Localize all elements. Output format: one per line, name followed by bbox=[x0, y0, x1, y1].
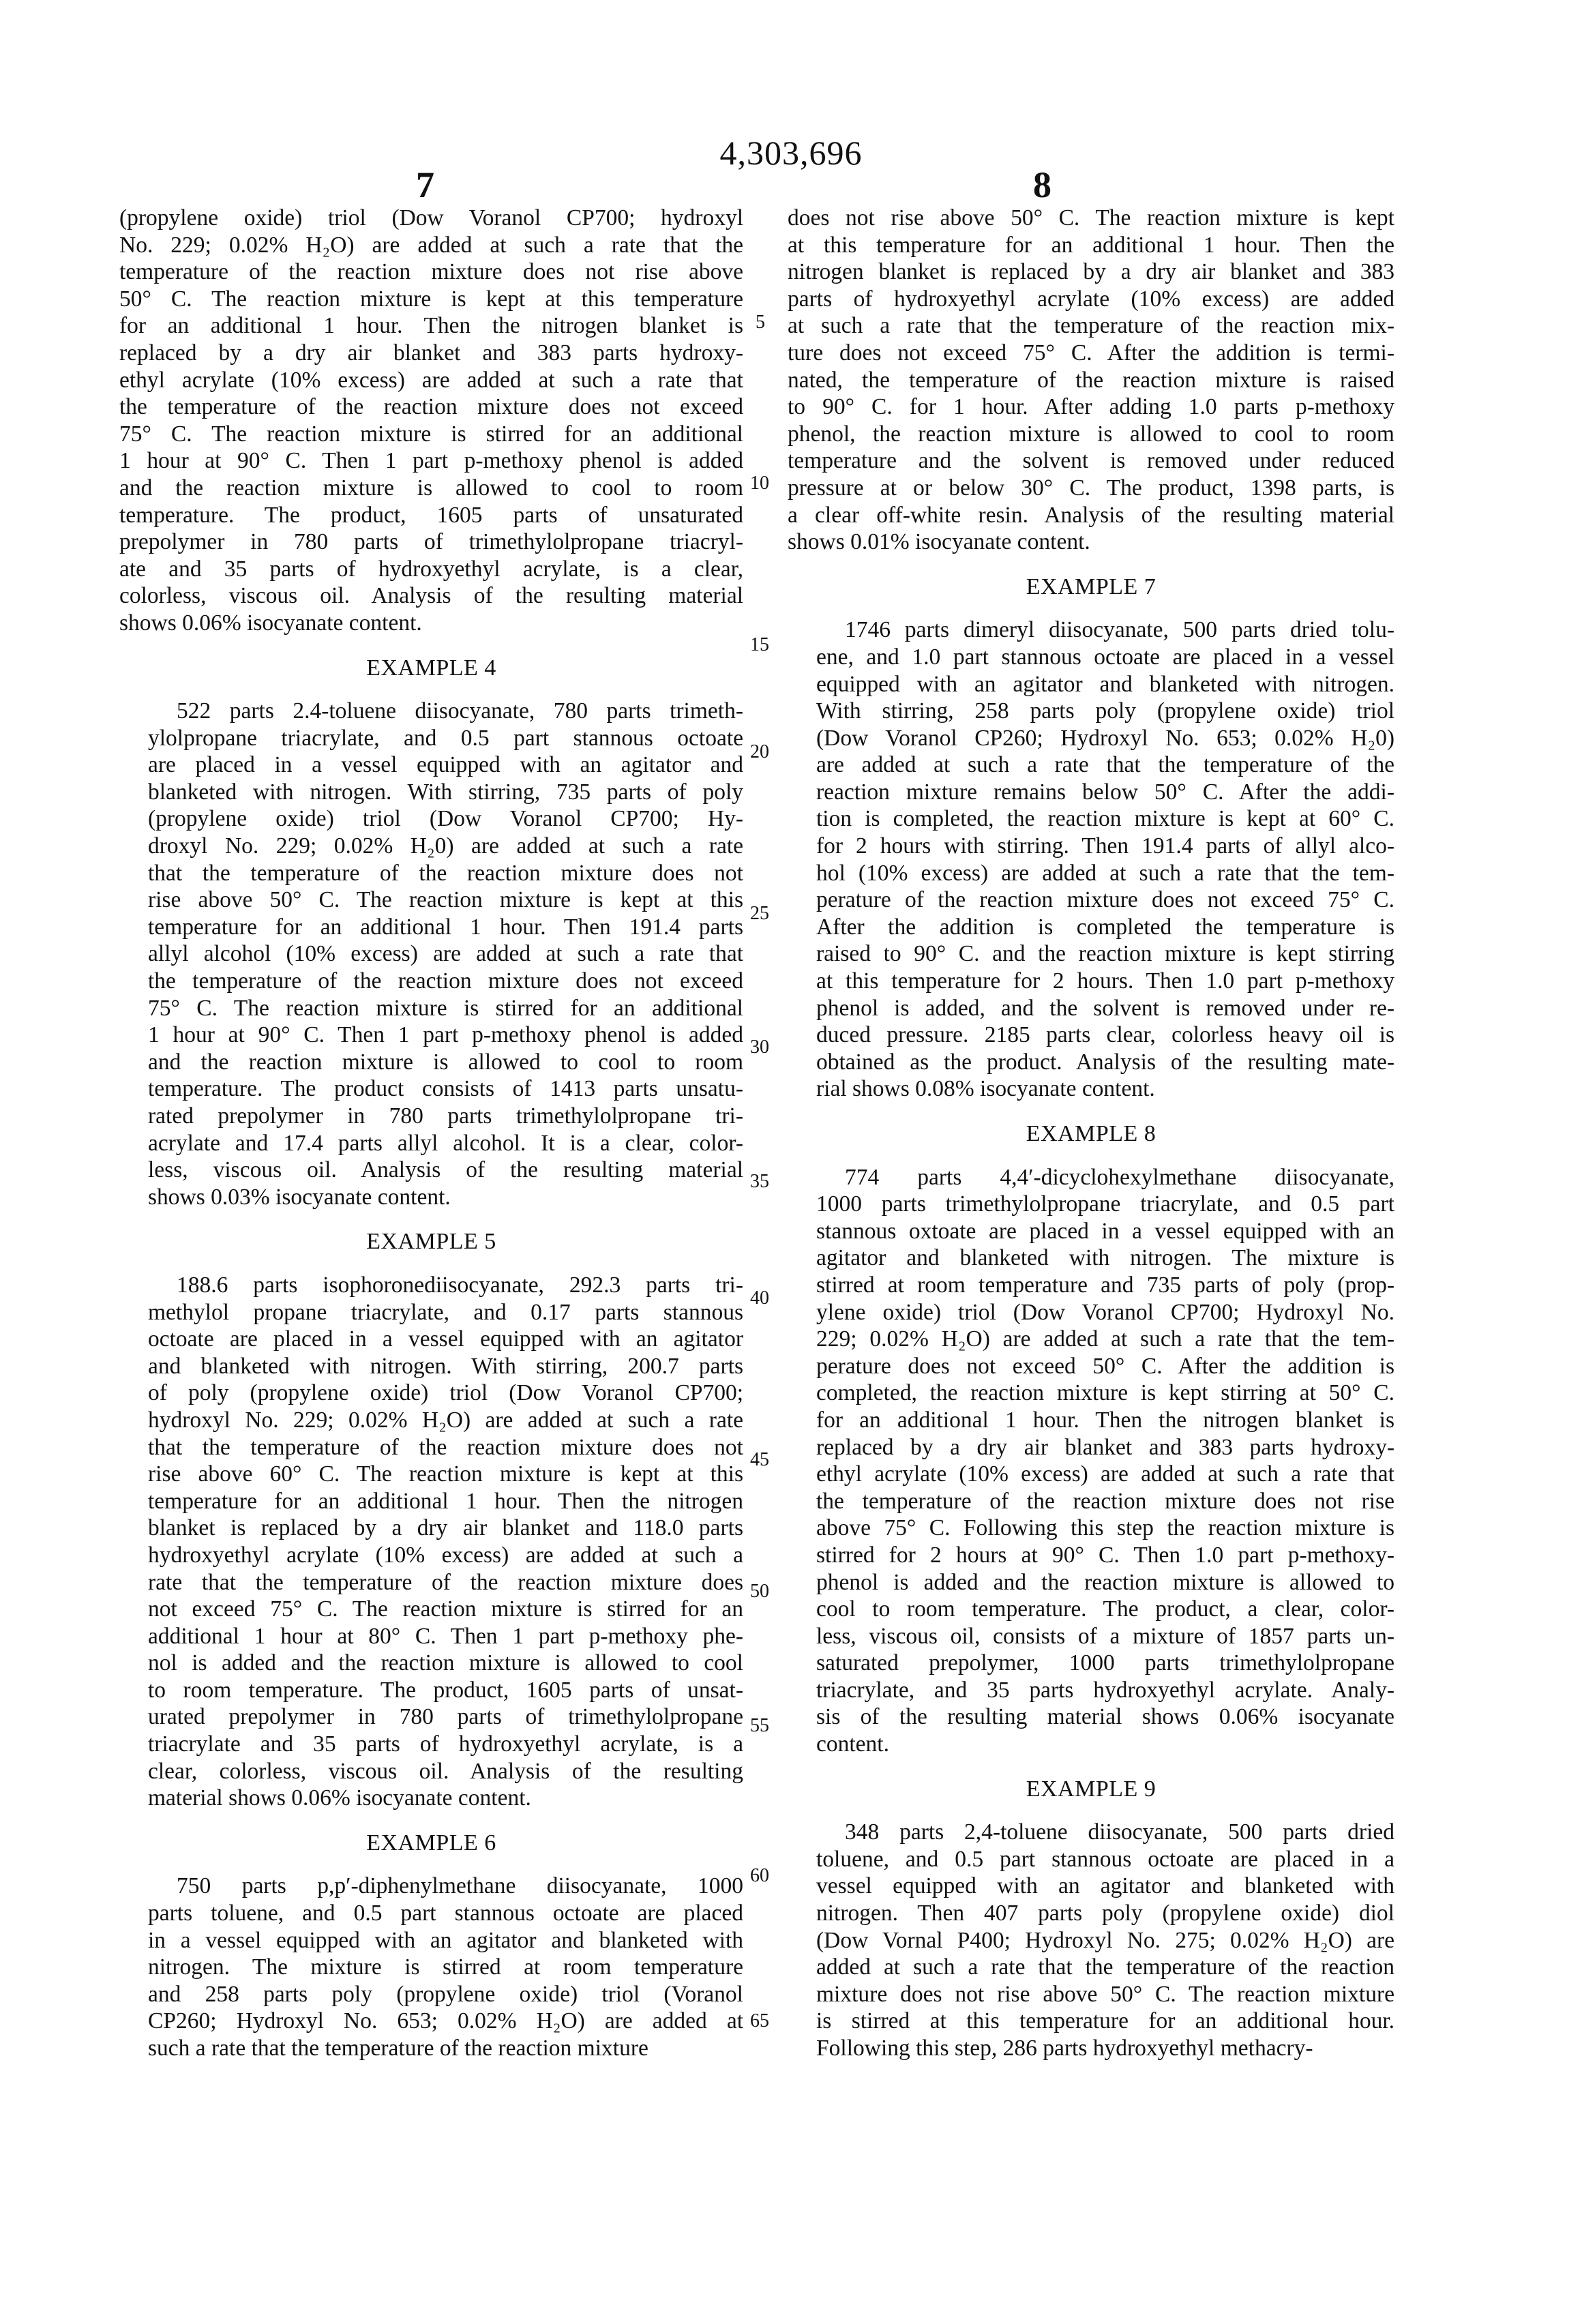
text-line: and blanketed with nitrogen. With stirri… bbox=[119, 1353, 743, 1380]
text-line: vessel equipped with an agitator and bla… bbox=[788, 1873, 1394, 1900]
text-line: toluene, and 0.5 part stannous octoate a… bbox=[788, 1846, 1394, 1873]
text-line: ene, and 1.0 part stannous octoate are p… bbox=[788, 644, 1394, 671]
text-line: ylene oxide) triol (Dow Voranol CP700; H… bbox=[788, 1299, 1394, 1326]
text-line: raised to 90° C. and the reaction mixtur… bbox=[788, 940, 1394, 968]
text-line: at this temperature for 2 hours. Then 1.… bbox=[788, 968, 1394, 995]
text-line: of poly (propylene oxide) triol (Dow Vor… bbox=[119, 1380, 743, 1407]
gutter-line-number: 35 bbox=[750, 1171, 769, 1193]
text-line: colorless, viscous oil. Analysis of the … bbox=[119, 582, 743, 610]
text-line: for 2 hours with stirring. Then 191.4 pa… bbox=[788, 833, 1394, 860]
text-line: 1000 parts trimethylolpropane triacrylat… bbox=[788, 1191, 1394, 1218]
text-line: that the temperature of the reaction mix… bbox=[119, 860, 743, 887]
text-line: blanket is replaced by a dry air blanket… bbox=[119, 1515, 743, 1542]
text-line: (propylene oxide) triol (Dow Voranol CP7… bbox=[119, 805, 743, 833]
text-line: ylolpropane triacrylate, and 0.5 part st… bbox=[119, 725, 743, 752]
text-line: After the addition is completed the temp… bbox=[788, 914, 1394, 941]
text-line: and the reaction mixture is allowed to c… bbox=[119, 475, 743, 502]
text-line: completed, the reaction mixture is kept … bbox=[788, 1380, 1394, 1407]
example-heading: EXAMPLE 5 bbox=[119, 1228, 743, 1255]
text-line: blanketed with nitrogen. With stirring, … bbox=[119, 779, 743, 806]
text-line: stirred at room temperature and 735 part… bbox=[788, 1272, 1394, 1299]
text-line: tion is completed, the reaction mixture … bbox=[788, 805, 1394, 833]
text-line: rial shows 0.08% isocyanate content. bbox=[788, 1075, 1394, 1103]
text-line: above 75° C. Following this step the rea… bbox=[788, 1515, 1394, 1542]
paragraph: 522 parts 2.4-toluene diisocyanate, 780 … bbox=[119, 698, 743, 1210]
text-line: stirred for 2 hours at 90° C. Then 1.0 p… bbox=[788, 1542, 1394, 1569]
text-line: temperature for an additional 1 hour. Th… bbox=[119, 914, 743, 941]
gutter-line-number: 60 bbox=[750, 1865, 769, 1887]
text-line: to room temperature. The product, 1605 p… bbox=[119, 1677, 743, 1704]
text-line: hydroxyethyl acrylate (10% excess) are a… bbox=[119, 1542, 743, 1569]
text-line: 188.6 parts isophoronediisocyanate, 292.… bbox=[119, 1272, 743, 1299]
text-line: temperature. The product consists of 141… bbox=[119, 1075, 743, 1103]
text-line: obtained as the product. Analysis of the… bbox=[788, 1049, 1394, 1076]
text-line: are added at such a rate that the temper… bbox=[788, 751, 1394, 779]
gutter-line-number: 15 bbox=[750, 634, 769, 656]
page-number-left: 7 bbox=[416, 164, 434, 206]
example-heading: EXAMPLE 6 bbox=[119, 1830, 743, 1857]
text-line: phenol, the reaction mixture is allowed … bbox=[788, 421, 1394, 448]
gutter-line-number: 65 bbox=[750, 2010, 769, 2032]
text-line: the temperature of the reaction mixture … bbox=[788, 1488, 1394, 1515]
text-line: nitrogen. The mixture is stirred at room… bbox=[119, 1954, 743, 1981]
text-line: duced pressure. 2185 parts clear, colorl… bbox=[788, 1022, 1394, 1049]
gutter-line-number: 55 bbox=[750, 1715, 769, 1737]
text-line: urated prepolymer in 780 parts of trimet… bbox=[119, 1703, 743, 1731]
text-line: 522 parts 2.4-toluene diisocyanate, 780 … bbox=[119, 698, 743, 725]
text-line: ethyl acrylate (10% excess) are added at… bbox=[119, 367, 743, 394]
text-line: 1 hour at 90° C. Then 1 part p-methoxy p… bbox=[119, 447, 743, 475]
text-line: less, viscous oil, consists of a mixture… bbox=[788, 1623, 1394, 1650]
text-line: 75° C. The reaction mixture is stirred f… bbox=[119, 995, 743, 1022]
text-line: (Dow Voranol CP260; Hydroxyl No. 653; 0.… bbox=[788, 725, 1394, 752]
paragraph: 348 parts 2,4-toluene diisocyanate, 500 … bbox=[788, 1819, 1394, 2061]
text-line: temperature and the solvent is removed u… bbox=[788, 447, 1394, 475]
text-line: temperature for an additional 1 hour. Th… bbox=[119, 1488, 743, 1515]
text-line: content. bbox=[788, 1731, 1394, 1758]
paragraph: 750 parts p,p′-diphenylmethane diisocyan… bbox=[119, 1873, 743, 2061]
gutter-line-number: 20 bbox=[750, 741, 769, 763]
text-line: and the reaction mixture is allowed to c… bbox=[119, 1049, 743, 1076]
text-line: and 258 parts poly (propylene oxide) tri… bbox=[119, 1981, 743, 2008]
paragraph: (propylene oxide) triol (Dow Voranol CP7… bbox=[119, 205, 743, 637]
text-line: temperature of the reaction mixture does… bbox=[119, 258, 743, 286]
paragraph: 1746 parts dimeryl diisocyanate, 500 par… bbox=[788, 616, 1394, 1103]
text-line: prepolymer in 780 parts of trimethylolpr… bbox=[119, 528, 743, 556]
text-line: 75° C. The reaction mixture is stirred f… bbox=[119, 421, 743, 448]
text-line: rise above 60° C. The reaction mixture i… bbox=[119, 1461, 743, 1488]
text-line: clear, colorless, viscous oil. Analysis … bbox=[119, 1758, 743, 1785]
example-heading: EXAMPLE 8 bbox=[788, 1120, 1394, 1148]
text-line: perature of the reaction mixture does no… bbox=[788, 887, 1394, 914]
text-line: hol (10% excess) are added at such a rat… bbox=[788, 860, 1394, 887]
paragraph: 188.6 parts isophoronediisocyanate, 292.… bbox=[119, 1272, 743, 1812]
text-line: perature does not exceed 50° C. After th… bbox=[788, 1353, 1394, 1380]
text-line: (propylene oxide) triol (Dow Voranol CP7… bbox=[119, 205, 743, 232]
text-line: shows 0.03% isocyanate content. bbox=[119, 1184, 743, 1211]
text-line: allyl alcohol (10% excess) are added at … bbox=[119, 940, 743, 968]
text-line: saturated prepolymer, 1000 parts trimeth… bbox=[788, 1650, 1394, 1677]
text-line: methylol propane triacrylate, and 0.17 p… bbox=[119, 1299, 743, 1326]
text-line: droxyl No. 229; 0.02% H₂0) are added at … bbox=[119, 833, 743, 860]
text-line: pressure at or below 30° C. The product,… bbox=[788, 475, 1394, 502]
text-line: not exceed 75° C. The reaction mixture i… bbox=[119, 1596, 743, 1623]
text-line: nitrogen. Then 407 parts poly (propylene… bbox=[788, 1900, 1394, 1927]
example-heading: EXAMPLE 7 bbox=[788, 573, 1394, 601]
text-line: less, viscous oil. Analysis of the resul… bbox=[119, 1157, 743, 1184]
text-line: phenol is added, and the solvent is remo… bbox=[788, 995, 1394, 1022]
text-line: shows 0.06% isocyanate content. bbox=[119, 610, 743, 637]
text-line: is stirred at this temperature for an ad… bbox=[788, 2008, 1394, 2035]
text-line: shows 0.01% isocyanate content. bbox=[788, 528, 1394, 556]
text-line: octoate are placed in a vessel equipped … bbox=[119, 1326, 743, 1353]
patent-number: 4,303,696 bbox=[0, 133, 1582, 173]
text-line: 348 parts 2,4-toluene diisocyanate, 500 … bbox=[788, 1819, 1394, 1846]
example-heading: EXAMPLE 4 bbox=[119, 655, 743, 682]
left-column: (propylene oxide) triol (Dow Voranol CP7… bbox=[119, 205, 743, 2062]
gutter-line-number: 50 bbox=[750, 1581, 769, 1603]
gutter-line-number: 25 bbox=[750, 903, 769, 925]
text-line: a clear off-white resin. Analysis of the… bbox=[788, 502, 1394, 529]
text-line: With stirring, 258 parts poly (propylene… bbox=[788, 698, 1394, 725]
paragraph: does not rise above 50° C. The reaction … bbox=[788, 205, 1394, 556]
text-line: to 90° C. for 1 hour. After adding 1.0 p… bbox=[788, 393, 1394, 421]
text-line: acrylate and 17.4 parts allyl alcohol. I… bbox=[119, 1130, 743, 1157]
text-line: 229; 0.02% H₂O) are added at such a rate… bbox=[788, 1326, 1394, 1353]
text-line: mixture does not rise above 50° C. The r… bbox=[788, 1981, 1394, 2008]
text-line: material shows 0.06% isocyanate content. bbox=[119, 1785, 743, 1812]
text-line: rated prepolymer in 780 parts trimethylo… bbox=[119, 1103, 743, 1130]
text-line: ture does not exceed 75° C. After the ad… bbox=[788, 340, 1394, 367]
text-line: Following this step, 286 parts hydroxyet… bbox=[788, 2035, 1394, 2062]
text-line: sis of the resulting material shows 0.06… bbox=[788, 1703, 1394, 1731]
text-line: equipped with an agitator and blanketed … bbox=[788, 671, 1394, 698]
text-line: parts of hydroxyethyl acrylate (10% exce… bbox=[788, 286, 1394, 313]
gutter-line-number: 40 bbox=[750, 1287, 769, 1309]
text-line: nitrogen blanket is replaced by a dry ai… bbox=[788, 258, 1394, 286]
text-line: rate that the temperature of the reactio… bbox=[119, 1569, 743, 1596]
text-line: 50° C. The reaction mixture is kept at t… bbox=[119, 286, 743, 313]
text-line: for an additional 1 hour. Then the nitro… bbox=[788, 1407, 1394, 1434]
text-line: agitator and blanketed with nitrogen. Th… bbox=[788, 1245, 1394, 1272]
text-line: temperature. The product, 1605 parts of … bbox=[119, 502, 743, 529]
text-line: (Dow Vornal P400; Hydroxyl No. 275; 0.02… bbox=[788, 1927, 1394, 1954]
text-line: at such a rate that the temperature of t… bbox=[788, 312, 1394, 340]
text-line: at this temperature for an additional 1 … bbox=[788, 232, 1394, 259]
text-line: that the temperature of the reaction mix… bbox=[119, 1434, 743, 1461]
text-line: added at such a rate that the temperatur… bbox=[788, 1954, 1394, 1981]
text-line: hydroxyl No. 229; 0.02% H₂O) are added a… bbox=[119, 1407, 743, 1434]
text-line: 774 parts 4,4′-dicyclohexylmethane diiso… bbox=[788, 1164, 1394, 1191]
gutter-line-number: 30 bbox=[750, 1037, 769, 1058]
text-line: 1 hour at 90° C. Then 1 part p-methoxy p… bbox=[119, 1022, 743, 1049]
text-line: such a rate that the temperature of the … bbox=[119, 2035, 743, 2062]
right-column: does not rise above 50° C. The reaction … bbox=[788, 205, 1394, 2062]
gutter-line-number: 10 bbox=[750, 473, 769, 494]
gutter-line-number: 5 bbox=[756, 312, 765, 333]
text-line: for an additional 1 hour. Then the nitro… bbox=[119, 312, 743, 340]
text-line: nated, the temperature of the reaction m… bbox=[788, 367, 1394, 394]
text-line: nol is added and the reaction mixture is… bbox=[119, 1650, 743, 1677]
text-line: No. 229; 0.02% H₂O) are added at such a … bbox=[119, 232, 743, 259]
gutter-line-number: 45 bbox=[750, 1449, 769, 1471]
text-line: phenol is added and the reaction mixture… bbox=[788, 1569, 1394, 1596]
text-line: triacrylate and 35 parts of hydroxyethyl… bbox=[119, 1731, 743, 1758]
example-heading: EXAMPLE 9 bbox=[788, 1776, 1394, 1803]
text-line: ethyl acrylate (10% excess) are added at… bbox=[788, 1461, 1394, 1488]
text-line: parts toluene, and 0.5 part stannous oct… bbox=[119, 1900, 743, 1927]
text-line: rise above 50° C. The reaction mixture i… bbox=[119, 887, 743, 914]
text-line: cool to room temperature. The product, a… bbox=[788, 1596, 1394, 1623]
text-line: are placed in a vessel equipped with an … bbox=[119, 751, 743, 779]
text-line: the temperature of the reaction mixture … bbox=[119, 968, 743, 995]
text-line: triacrylate, and 35 parts hydroxyethyl a… bbox=[788, 1677, 1394, 1704]
text-line: stannous oxtoate are placed in a vessel … bbox=[788, 1218, 1394, 1245]
text-line: 1746 parts dimeryl diisocyanate, 500 par… bbox=[788, 616, 1394, 644]
text-line: 750 parts p,p′-diphenylmethane diisocyan… bbox=[119, 1873, 743, 1900]
page-number-right: 8 bbox=[1033, 164, 1051, 206]
text-line: the temperature of the reaction mixture … bbox=[119, 393, 743, 421]
text-line: additional 1 hour at 80° C. Then 1 part … bbox=[119, 1623, 743, 1650]
text-line: CP260; Hydroxyl No. 653; 0.02% H₂O) are … bbox=[119, 2008, 743, 2035]
text-line: reaction mixture remains below 50° C. Af… bbox=[788, 779, 1394, 806]
text-line: ate and 35 parts of hydroxyethyl acrylat… bbox=[119, 556, 743, 583]
text-line: replaced by a dry air blanket and 383 pa… bbox=[788, 1434, 1394, 1461]
text-line: replaced by a dry air blanket and 383 pa… bbox=[119, 340, 743, 367]
text-line: does not rise above 50° C. The reaction … bbox=[788, 205, 1394, 232]
text-line: in a vessel equipped with an agitator an… bbox=[119, 1927, 743, 1954]
paragraph: 774 parts 4,4′-dicyclohexylmethane diiso… bbox=[788, 1164, 1394, 1758]
